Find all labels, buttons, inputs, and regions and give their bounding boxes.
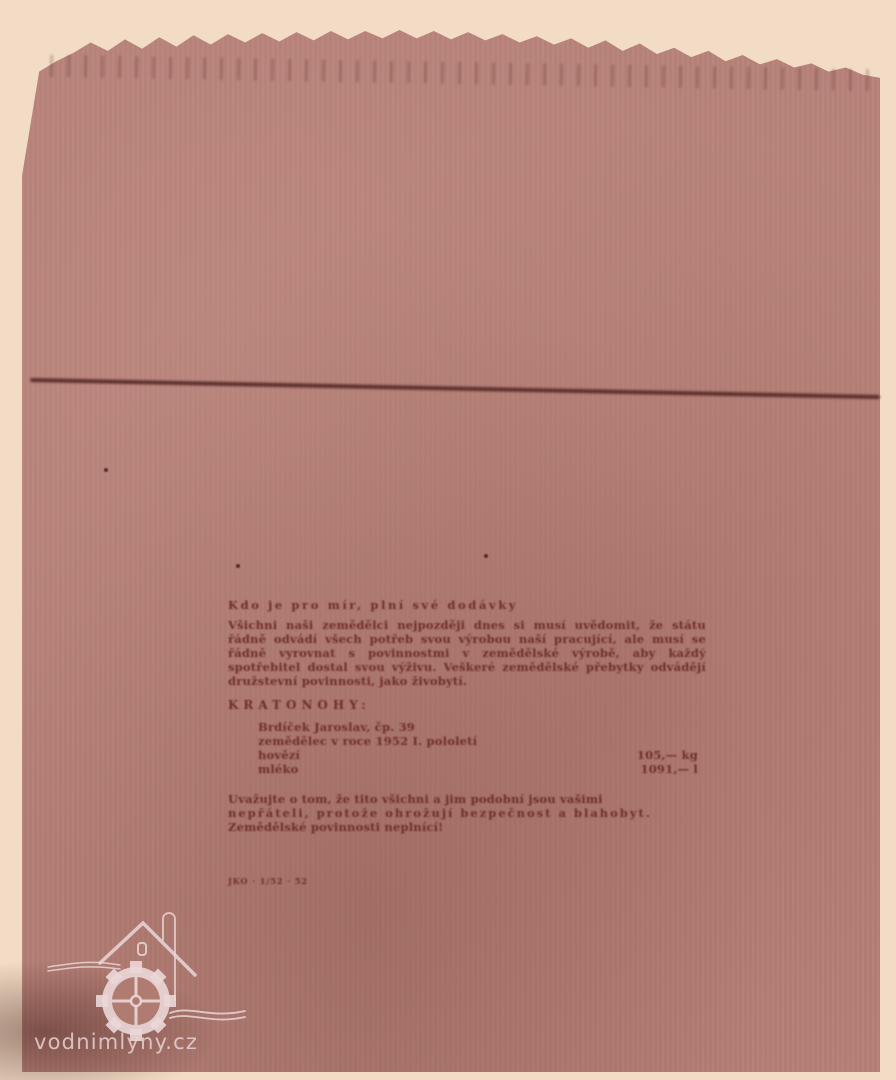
slogan: Kdo je pro mír, plní své dodávky xyxy=(228,598,706,612)
watermark-text: vodnimlyny.cz xyxy=(34,1030,198,1054)
quota-value: 1091,— l xyxy=(641,762,706,776)
printed-text-block: Kdo je pro mír, plní své dodávky Všichni… xyxy=(228,598,706,888)
quota-label: mléko xyxy=(258,762,299,776)
print-code: JKO · 1/52 · 52 xyxy=(228,874,706,888)
closing-line: Uvažujte o tom, že tito všichni a jim po… xyxy=(228,792,706,806)
village-heading: KRATONOHY: xyxy=(228,698,706,712)
ink-speck xyxy=(484,554,488,558)
ink-speck xyxy=(104,468,108,472)
farmer-name: Brdíček Jaroslav, čp. 39 xyxy=(258,720,706,734)
quota-row: mléko 1091,— l xyxy=(258,762,706,776)
quota-value: 105,— kg xyxy=(637,748,706,762)
closing-text: Uvažujte o tom, že tito všichni a jim po… xyxy=(228,792,706,834)
ink-speck xyxy=(236,564,240,568)
body-paragraph: Všichni naši zemědělci nejpozději dnes s… xyxy=(228,618,706,688)
closing-line-spaced: nepřáteli, protože ohrožují bezpečnost a… xyxy=(228,806,706,820)
closing-line: Zemědělské povinnosti neplnící! xyxy=(228,820,706,834)
farmer-details: Brdíček Jaroslav, čp. 39 zemědělec v roc… xyxy=(228,720,706,776)
quota-label: hovězí xyxy=(258,748,300,762)
farmer-note: zemědělec v roce 1952 I. pololetí xyxy=(258,734,706,748)
quota-row: hovězí 105,— kg xyxy=(258,748,706,762)
